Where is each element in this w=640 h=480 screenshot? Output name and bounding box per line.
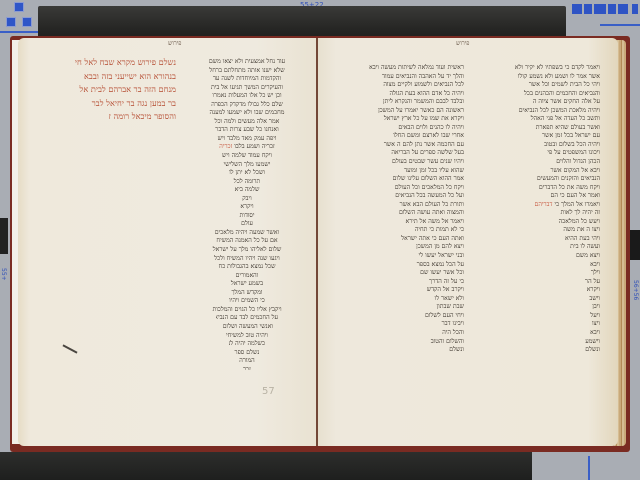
text-line: והאמורים <box>188 272 306 281</box>
text-line: כי על זה הדרך <box>340 278 464 287</box>
bottom-clamp <box>0 452 532 480</box>
text-line: והנביאים והחכמים והכהנים בכל <box>472 90 600 99</box>
text-line: על אלה החקים אשר ציוה ה <box>472 98 600 107</box>
text-line: ויהיה טוב למשיחי <box>225 332 269 341</box>
text-line: והשלום והטוב <box>340 338 464 347</box>
text-line: ובלבד לבבם והמשמר והנקרא ליתן <box>340 98 464 107</box>
text-line: ויעש כל המלאכה <box>472 218 600 227</box>
text-line: וכן יש כל אלו המעלות נאמרו <box>184 92 310 101</box>
text-line: ויקרא <box>472 286 600 295</box>
folio-number: 57 <box>262 386 275 397</box>
scan-side-label-left: 55+ <box>0 268 7 281</box>
text-line: ראשונה הם כאשר יאמרו על המשכן <box>340 107 464 116</box>
text-line: ויהי כל הבית לשמים וכל אשר <box>472 81 600 90</box>
text-line: ויצו <box>472 320 600 329</box>
rubric-line: נשלם פירוש מקרא שבח לאל חי <box>44 56 176 70</box>
text-line: ויגעו שנה ויהיו המשיח ולכל <box>185 255 309 264</box>
text-line: ויקבץ אליו כל הגוים והמלכות <box>210 306 284 315</box>
right-text-column-1: ראשית ועוד נמלאה לשיתות מעשה ויבאוהלך יד… <box>340 64 464 364</box>
text-line: שלא ישנו אותה מתחלתם ברחל <box>184 67 310 76</box>
text-line: ויהיה לו כהנים ולוים הבאים <box>340 124 464 133</box>
scale-bar <box>566 4 640 22</box>
text-line: אשר אמר לו ושמע ולא נשמע קולו <box>472 73 600 82</box>
text-line: ויקח כל המלאכים וכל העולם <box>340 184 464 193</box>
text-line: ואנשי המעשה ושלום נצח <box>221 323 273 332</box>
text-line: יסודות <box>236 212 258 221</box>
blue-rule <box>0 31 38 33</box>
text-line: לכל הנביאים ולשמוע ולקיים מצוה <box>340 81 464 90</box>
text-line: והקדמות המיוחדות לשנה עד <box>184 75 310 84</box>
text-line: ותשב כל העדה אל פני האהל <box>472 115 600 124</box>
text-line: כי לא תמות כי תחיה <box>340 226 464 235</box>
text-line: ויצא להם מן המשכן <box>340 243 464 252</box>
text-line: והכל היה <box>340 329 464 338</box>
text-line: אמר אלה מעשים ולמה וכל <box>184 118 310 127</box>
text-line: ואתה העם כי אתה ישראל <box>340 235 464 244</box>
text-line: ויבא <box>472 261 600 270</box>
text-line: ותורת כל העולם הבא אשר <box>340 201 464 210</box>
text-line: ויקרא <box>233 203 261 212</box>
text-line: ויפה עמק מאד מלבד ויש <box>187 135 307 144</box>
text-line: ויעל <box>472 312 600 321</box>
text-line: ויהיה מלאכת המשכן לכל הנביאים <box>472 107 600 116</box>
text-line: שלום לאליהו מלך על ישראל <box>185 246 309 255</box>
target-square <box>6 17 16 27</box>
text-line: הכהן הגדול והלוים <box>472 158 600 167</box>
text-line: ויאמר לקדם כי בשפתיו לא יקיר ולא <box>472 64 600 73</box>
left-running-head: פירוש <box>168 40 181 47</box>
rubric-line: מנחם הזה בר אברהם לבית אל <box>44 83 176 97</box>
text-line: ונשלם <box>472 346 600 355</box>
text-line: ויהיו שנים עשר שבטים בעולם <box>340 158 464 167</box>
text-line: והלך יד על האהבה והנביאים עמוד <box>340 73 464 82</box>
scan-side-label: 56+56 <box>632 280 639 300</box>
text-line: אמר ההוא השלום עלינו שלום <box>340 175 464 184</box>
text-line: בשמע ישראל <box>193 280 301 289</box>
gutter <box>316 38 318 446</box>
text-line: עם החכמה אשר נתן להם ה אשר <box>340 141 464 150</box>
rubricated-word: זכריה <box>219 143 234 150</box>
text-line: זכריה ושמע בלבו זכריה <box>191 143 303 152</box>
text-line: וישמע <box>472 338 600 347</box>
text-line: ויקרא את שמו על כל ארץ ישראל <box>340 115 464 124</box>
colophon-rubric: נשלם פירוש מקרא שבח לאל חי בנהורא הוא יש… <box>44 56 176 124</box>
text-line: ויבא <box>472 329 600 338</box>
text-line: ושכל לא יתן לו <box>209 169 285 178</box>
text-line: עוד נחל אמצעית ולא יצאו משם <box>184 58 310 67</box>
text-line: ויכונו המשפטים על פי <box>472 149 600 158</box>
text-line: ויצא משם <box>472 252 600 261</box>
text-line: ויאמר אל משה אל תירא <box>340 218 464 227</box>
text-line: ראשית ועוד נמלאה לשיתות מעשה ויבא <box>340 64 464 73</box>
text-line: והמצוה ואתה עושה השלום <box>340 209 464 218</box>
text-line: ועל כל המעשה בכל הנביאים <box>340 192 464 201</box>
text-line: ועשה לו בית <box>472 243 600 252</box>
rubric-line: בנהורא הוא ישייעני בזה ובבא <box>44 70 176 84</box>
target-square <box>14 2 24 12</box>
text-line: שלמה ביא <box>222 186 272 195</box>
text-line: ויקח עמוד שלמה ויש <box>195 152 299 161</box>
text-line: והעיקרים המשך תגיעו אל בית <box>184 84 310 93</box>
text-line: שלם כלל גבולו מדקדק הכפרה <box>184 101 310 110</box>
rubric-line: והסופר מיכאל רומה ז <box>44 110 176 124</box>
left-text-column: עוד נחל אמצעית ולא יצאו משםשלא ישנו אותה… <box>184 58 310 370</box>
text-line: על הכל נמצא בספר <box>340 261 464 270</box>
text-line: וילך <box>472 269 600 278</box>
text-line: וישב <box>472 295 600 304</box>
rubricated-word: דבריהם <box>534 201 554 208</box>
text-line: בעל שלשה ספרים על הבריאה <box>340 149 464 158</box>
text-line: ולא ישאר לו <box>340 295 464 304</box>
text-line: ויחי העם לשלום <box>340 312 464 321</box>
text-line: עם ישראל בכל זמן אשר <box>472 132 600 141</box>
text-line: אחרי שבו לארצם ומשם החלו <box>340 132 464 141</box>
text-line: זכר <box>238 366 256 370</box>
text-line: ויבינו דבר <box>340 320 464 329</box>
blue-rule <box>588 456 590 480</box>
text-line: ישמעו מלך השלישי <box>202 161 292 170</box>
text-line: ויהי בעת ההיא <box>472 235 600 244</box>
text-line: על החכמים לבד עם הנביאים <box>216 314 278 323</box>
target-square <box>22 17 32 27</box>
text-line: תרומה לכל <box>216 178 278 187</box>
text-line: ונשלם <box>340 346 464 355</box>
text-line: ואמר אל העם כי הם <box>472 192 600 201</box>
text-line: עולם <box>238 220 256 229</box>
text-line: הנביאים והזקנים והמעשים <box>472 175 600 184</box>
right-clamp <box>630 230 640 260</box>
text-line: ויבק <box>228 195 266 204</box>
text-line: ואנחנו כל שבע צרות הדבר <box>184 126 310 135</box>
text-line: ואשר שמעה ויהיה מלאכים <box>185 229 309 238</box>
text-line: כי השמים ויהיו <box>205 297 289 306</box>
text-line: שהוא עליו בכל זמן ומועד <box>340 167 464 176</box>
text-line: ויהיה הכל בשלום ובטוב <box>472 141 600 150</box>
text-line: כשלמה יהיה לנו <box>229 340 265 349</box>
text-line: על הר <box>472 278 600 287</box>
text-line: ויאמרו אל המלך כי דבריהם <box>472 201 600 210</box>
text-line: ומקדש המלך <box>199 289 295 298</box>
text-line: מחכמים שבו ולא ישמעו למענה <box>184 109 310 118</box>
text-line: אם על כל האמנה המשיח <box>185 237 309 246</box>
text-line: שכל נמצא בהגבולות כח <box>185 263 309 272</box>
text-line: ויקרב אל הקדש <box>340 286 464 295</box>
text-line: ויקח משה את כל הדברים <box>472 184 600 193</box>
text-line: המורה <box>236 357 258 366</box>
left-clamp <box>0 218 8 254</box>
text-line: וכל אשר יעשו שם <box>340 269 464 278</box>
rubric-line: בר במען נגה בר יחיאל לבר <box>44 97 176 111</box>
text-line: ויצו ה את משה <box>472 226 600 235</box>
text-line: ויבן <box>472 303 600 312</box>
text-line: זה יהיה לך לאות <box>472 209 600 218</box>
text-line: ויבא אל המקום אשר <box>472 167 600 176</box>
blue-rule <box>600 24 640 26</box>
text-line: נשלם ספר <box>233 349 261 358</box>
text-line: ואשר בעולם שהיא תפארת <box>472 124 600 133</box>
right-running-head: פירוש <box>456 40 469 47</box>
color-target <box>0 0 36 30</box>
text-line: שבת שבתון <box>340 303 464 312</box>
right-text-column-2: ויאמר לקדם כי בשפתיו לא יקיר ולאאשר אמר … <box>472 64 600 364</box>
text-line: ובני ישראל יעשו לי <box>340 252 464 261</box>
text-line: ויהיה כל אדם ההוא בעת הגולה <box>340 90 464 99</box>
